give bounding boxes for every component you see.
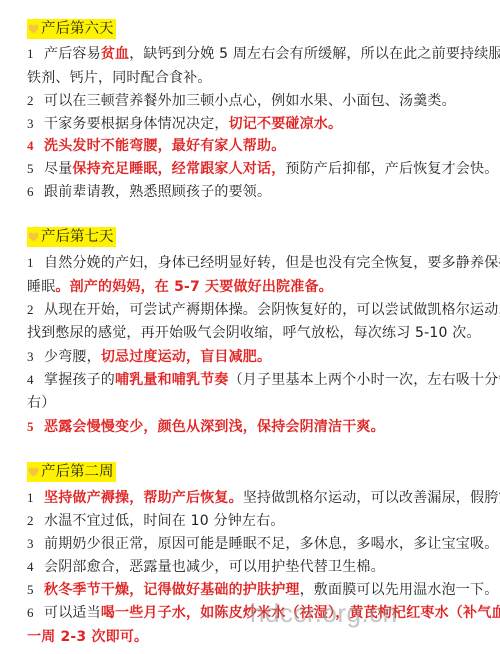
list-item: 2从现在开始，可尝试产褥期体操。会阴恢复好的，可以尝试做凯格尔运动，先 [27, 301, 470, 319]
text-run: 自然分娩的产妇，身体已经明显好转，但是也没有完全恢复，要多静养保持足 [44, 255, 500, 271]
section-title-day6: 产后第六天 [27, 19, 116, 39]
emphasis-text: 喝一些月子水，如陈皮炒米水（祛湿），黄芪枸杞红枣水（补气血）等， [101, 605, 500, 621]
list-item: 1自然分娩的产妇，身体已经明显好转，但是也没有完全恢复，要多静养保持足 [27, 254, 470, 272]
text-run: 铁剂、钙片，同时配合食补。 [27, 70, 212, 86]
emphasis-text: 一周 2-3 次即可。 [27, 629, 148, 645]
text-run: 掌握孩子的 [44, 372, 115, 388]
list-item: 3少弯腰，切忌过度运动，盲目减肥。 [27, 348, 470, 366]
item-number: 2 [27, 301, 44, 319]
item-number: 5 [27, 160, 44, 178]
emphasis-text: 秋冬季节干燥，记得做好基础的护肤护理 [44, 582, 300, 598]
emphasis-text: 洗头发时不能弯腰，最好有家人帮助。 [44, 138, 285, 154]
text-run: 找到憋尿的感觉，再开始吸气会阴收缩，呼气放松，每次练习 5-10 次。 [27, 325, 481, 341]
text-run: 可以适当 [44, 605, 101, 621]
list-item: 1坚持做产褥操，帮助产后恢复。坚持做凯格尔运动，可以改善漏尿，假胯宽。 [27, 489, 470, 507]
emphasis-text: 贫血 [101, 46, 129, 62]
item-number: 3 [27, 115, 44, 133]
list-item: 3前期奶少很正常，原因可能是睡眠不足，多休息，多喝水，多让宝宝吸。 [27, 535, 470, 553]
text-run: 预防产后抑郁，产后恢复才会快。 [285, 161, 498, 177]
text-run: 产后容易 [44, 46, 101, 62]
section-title-week2: 产后第二周 [27, 462, 116, 482]
yellow-heart-icon [28, 467, 39, 477]
list-item: 6跟前辈请教，熟悉照顾孩子的要领。 [27, 183, 470, 201]
text-run: 会阴部愈合，恶露量也减少，可以用护垫代替卫生棉。 [44, 559, 385, 575]
item-number: 6 [27, 183, 44, 201]
list-item: 2可以在三顿营养餐外加三顿小点心，例如水果、小面包、汤羹类。 [27, 92, 470, 110]
text-run: 跟前辈请教，熟悉照顾孩子的要领。 [44, 184, 271, 200]
text-run: （月子里基本上两个小时一次，左右吸十分钟左 [229, 372, 500, 388]
emphasis-text: 哺乳量和哺乳节奏 [115, 372, 229, 388]
text-run: 右） [27, 395, 55, 411]
text-run: 坚持做凯格尔运动，可以改善漏尿，假胯宽。 [243, 490, 500, 506]
list-item-continuation: 睡眠。剖产的妈妈，在 5-7 天要做好出院准备。 [27, 278, 470, 296]
item-number: 5 [27, 581, 44, 599]
yellow-heart-icon [28, 232, 39, 242]
emphasis-text: 坚持做产褥操，帮助产后恢复。 [44, 490, 243, 506]
list-item: 4掌握孩子的哺乳量和哺乳节奏（月子里基本上两个小时一次，左右吸十分钟左 [27, 371, 470, 389]
list-item: 3干家务要根据身体情况决定，切记不要碰凉水。 [27, 115, 470, 133]
item-number: 5 [27, 418, 44, 436]
section-title-day7: 产后第七天 [27, 227, 116, 247]
list-item: 4会阴部愈合，恶露量也减少，可以用护垫代替卫生棉。 [27, 558, 470, 576]
emphasis-text: 切记不要碰凉水。 [229, 116, 343, 132]
item-number: 3 [27, 535, 44, 553]
text-run: 水温不宜过低，时间在 10 分钟左右。 [44, 513, 285, 529]
emphasis-text: 恶露会慢慢变少，颜色从深到浅，保持会阴清洁干爽。 [44, 419, 385, 435]
item-number: 2 [27, 92, 44, 110]
list-item: 5恶露会慢慢变少，颜色从深到浅，保持会阴清洁干爽。 [27, 418, 470, 436]
item-number: 2 [27, 512, 44, 530]
yellow-heart-icon [28, 24, 39, 34]
section-title-text: 产后第七天 [41, 227, 114, 247]
text-run: 从现在开始，可尝试产褥期体操。会阴恢复好的，可以尝试做凯格尔运动，先 [44, 302, 500, 318]
item-number: 6 [27, 604, 44, 622]
list-item: 4洗头发时不能弯腰，最好有家人帮助。 [27, 137, 470, 155]
text-run: 可以在三顿营养餐外加三顿小点心，例如水果、小面包、汤羹类。 [44, 93, 456, 109]
item-number: 4 [27, 558, 44, 576]
emphasis-text: 。剖产的妈妈，在 5-7 天要做好出院准备。 [55, 279, 332, 295]
section-title-text: 产后第六天 [41, 19, 114, 39]
document-page: 产后第六天 1产后容易贫血，缺钙到分娩 5 周左右会有所缓解，所以在此之前要持续… [0, 0, 500, 654]
text-run: 少弯腰， [44, 349, 101, 365]
item-number: 4 [27, 371, 44, 389]
text-run: 尽量 [44, 161, 72, 177]
section-title-text: 产后第二周 [41, 462, 114, 482]
list-item-continuation: 一周 2-3 次即可。 [27, 628, 470, 646]
list-item: 6可以适当喝一些月子水，如陈皮炒米水（祛湿），黄芪枸杞红枣水（补气血）等， [27, 604, 470, 622]
text-run: ，缺钙到分娩 5 周左右会有所缓解，所以在此之前要持续服用补 [129, 46, 500, 62]
list-item-continuation: 找到憋尿的感觉，再开始吸气会阴收缩，呼气放松，每次练习 5-10 次。 [27, 324, 470, 342]
list-item: 5尽量保持充足睡眠，经常跟家人对话，预防产后抑郁，产后恢复才会快。 [27, 160, 470, 178]
text-run: ，敷面膜可以先用温水泡一下。 [300, 582, 499, 598]
list-item: 1产后容易贫血，缺钙到分娩 5 周左右会有所缓解，所以在此之前要持续服用补 [27, 45, 470, 63]
item-number: 1 [27, 254, 44, 272]
item-number: 1 [27, 45, 44, 63]
list-item: 5秋冬季节干燥，记得做好基础的护肤护理，敷面膜可以先用温水泡一下。 [27, 581, 470, 599]
list-item: 2水温不宜过低，时间在 10 分钟左右。 [27, 512, 470, 530]
text-run: 干家务要根据身体情况决定， [44, 116, 229, 132]
emphasis-text: 切忌过度运动，盲目减肥。 [101, 349, 271, 365]
item-number: 4 [27, 137, 44, 155]
text-run: 前期奶少很正常，原因可能是睡眠不足，多休息，多喝水，多让宝宝吸。 [44, 536, 498, 552]
list-item-continuation: 右） [27, 394, 470, 412]
list-item-continuation: 铁剂、钙片，同时配合食补。 [27, 69, 470, 87]
emphasis-text: 保持充足睡眠，经常跟家人对话， [72, 161, 285, 177]
item-number: 1 [27, 489, 44, 507]
text-run: 睡眠 [27, 279, 55, 295]
item-number: 3 [27, 348, 44, 366]
